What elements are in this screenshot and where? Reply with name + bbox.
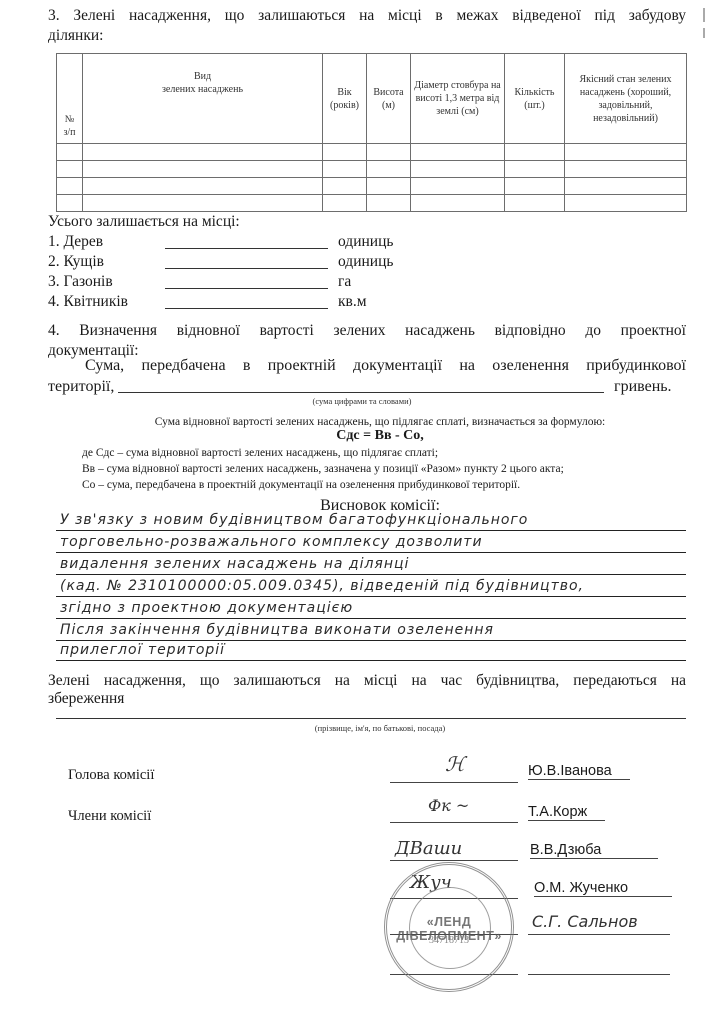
handwritten-text: згідно з проектною документацією	[60, 600, 353, 616]
cell[interactable]	[565, 178, 687, 195]
cell[interactable]	[565, 195, 687, 212]
conclusion-line[interactable]: згідно з проектною документацією	[56, 596, 686, 619]
signature-line[interactable]	[390, 822, 518, 823]
total-unit: одиниць	[338, 253, 393, 271]
cell[interactable]	[323, 144, 367, 161]
cell[interactable]	[411, 178, 505, 195]
handwritten-text: прилеглої території	[60, 642, 225, 658]
handwritten-text: торговельно-розважального комплексу дозв…	[60, 534, 483, 550]
table-row	[57, 161, 687, 178]
company-stamp: «ЛЕНД ДІВЕЛОПМЕНТ» 34718713	[384, 862, 514, 992]
cell[interactable]	[505, 195, 565, 212]
col-number-label: №	[58, 113, 81, 126]
cell[interactable]	[323, 195, 367, 212]
conclusion-line[interactable]: (кад. № 2310100000:05.009.0345), відведе…	[56, 574, 686, 597]
section3-heading: 3. Зелені насадження, що залишаються на …	[48, 6, 686, 26]
total-label: 1. Дерев	[48, 233, 103, 251]
conclusion-line[interactable]: У зв'язку з новим будівництвом багатофун…	[56, 508, 686, 531]
total-label: 3. Газонів	[48, 273, 113, 291]
cell[interactable]	[367, 178, 411, 195]
cell[interactable]	[505, 178, 565, 195]
cell[interactable]	[565, 161, 687, 178]
cell[interactable]	[83, 195, 323, 212]
total-unit: га	[338, 273, 351, 291]
formula-def-so: Со – сума, передбачена в проектній докум…	[82, 478, 520, 493]
cell[interactable]	[367, 161, 411, 178]
total-unit: кв.м	[338, 293, 367, 311]
total-unit: одиниць	[338, 233, 393, 251]
cell[interactable]	[565, 144, 687, 161]
margin-mark	[703, 28, 705, 38]
cell[interactable]	[505, 144, 565, 161]
member-name-line[interactable]	[528, 974, 670, 975]
member-name: О.М. Жученко	[534, 880, 672, 897]
cell[interactable]	[367, 195, 411, 212]
total-label: 2. Кущів	[48, 253, 104, 271]
project-sum-field[interactable]	[118, 392, 604, 393]
preservation-caption: (прізвище, ім'я, по батькові, посада)	[0, 723, 724, 733]
cell[interactable]	[323, 178, 367, 195]
chair-label: Голова комісії	[68, 767, 154, 784]
cell[interactable]	[411, 144, 505, 161]
chair-name: Ю.В.Іванова	[528, 763, 630, 780]
preservation-responsible-field[interactable]	[56, 718, 686, 719]
member-name-line[interactable]	[528, 934, 670, 935]
section3-heading-cont: ділянки:	[48, 26, 103, 46]
col-kind-line1: Вид	[84, 70, 321, 83]
cell[interactable]	[83, 144, 323, 161]
cell[interactable]	[83, 161, 323, 178]
totals-title: Усього залишається на місці:	[48, 212, 240, 232]
member-name-handwritten: С.Г. Сальнов	[532, 912, 638, 931]
section4-heading: 4. Визначення відновної вартості зелених…	[48, 321, 686, 341]
handwritten-text: Після закінчення будівництва виконати оз…	[60, 622, 494, 638]
signature-chair: ℋ	[445, 752, 465, 776]
total-value-field[interactable]	[165, 248, 328, 249]
cell[interactable]	[367, 144, 411, 161]
member-name: Т.А.Корж	[528, 804, 605, 821]
cell[interactable]	[57, 144, 83, 161]
signature-member-1: Фк ~	[428, 796, 469, 815]
green-plantings-table: № з/п Вид зелених насаджень Вік (років) …	[56, 53, 687, 212]
cell[interactable]	[411, 195, 505, 212]
col-number-sub: з/п	[58, 126, 81, 139]
conclusion-line[interactable]: торговельно-розважального комплексу дозв…	[56, 530, 686, 553]
signature-line[interactable]	[390, 860, 518, 861]
formula-def-sds: де Сдс – сума відновної вартості зелених…	[82, 446, 438, 461]
handwritten-text: видалення зелених насаджень на ділянці	[60, 556, 409, 572]
project-sum-suffix: гривень.	[614, 377, 672, 397]
table-row	[57, 144, 687, 161]
formula-def-vv: Вв – сума відновної вартості зелених нас…	[82, 462, 564, 477]
col-kind-line2: зелених насаджень	[84, 83, 321, 96]
signature-member-2: ДВаши	[395, 838, 462, 859]
margin-mark	[703, 8, 705, 22]
total-value-field[interactable]	[165, 308, 328, 309]
cell[interactable]	[57, 161, 83, 178]
members-label: Члени комісії	[68, 808, 151, 825]
total-label: 4. Квітників	[48, 293, 128, 311]
preservation-text: Зелені насадження, що залишаються на міс…	[48, 671, 686, 691]
project-sum-text: Сума, передбачена в проектній документац…	[85, 356, 686, 376]
cell[interactable]	[83, 178, 323, 195]
col-header-height: Висота (м)	[367, 54, 411, 144]
col-header-condition: Якісний стан зелених насаджень (хороший,…	[565, 54, 687, 144]
col-header-age: Вік (років)	[323, 54, 367, 144]
col-header-kind: Вид зелених насаджень	[83, 54, 323, 144]
total-value-field[interactable]	[165, 288, 328, 289]
total-value-field[interactable]	[165, 268, 328, 269]
project-sum-caption: (сума цифрами та словами)	[0, 396, 724, 406]
col-header-quantity: Кількість (шт.)	[505, 54, 565, 144]
table-row	[57, 195, 687, 212]
member-name: В.В.Дзюба	[530, 842, 658, 859]
stamp-code: 34718713	[387, 935, 511, 946]
project-sum-prefix: території,	[48, 377, 114, 397]
signature-line[interactable]	[390, 782, 518, 783]
col-header-number: № з/п	[57, 54, 83, 144]
cell[interactable]	[57, 195, 83, 212]
handwritten-text: (кад. № 2310100000:05.009.0345), відведе…	[60, 578, 584, 594]
cell[interactable]	[323, 161, 367, 178]
preservation-text-cont: збереження	[48, 689, 124, 709]
cell[interactable]	[57, 178, 83, 195]
conclusion-line[interactable]: прилеглої території	[56, 638, 686, 661]
cell[interactable]	[411, 161, 505, 178]
cell[interactable]	[505, 161, 565, 178]
handwritten-text: У зв'язку з новим будівництвом багатофун…	[60, 512, 528, 528]
col-header-diameter: Діаметр стовбура на висоті 1,3 метра від…	[411, 54, 505, 144]
conclusion-line[interactable]: видалення зелених насаджень на ділянці	[56, 552, 686, 575]
formula: Сдс = Вв - Со,	[0, 428, 724, 444]
table-row	[57, 178, 687, 195]
